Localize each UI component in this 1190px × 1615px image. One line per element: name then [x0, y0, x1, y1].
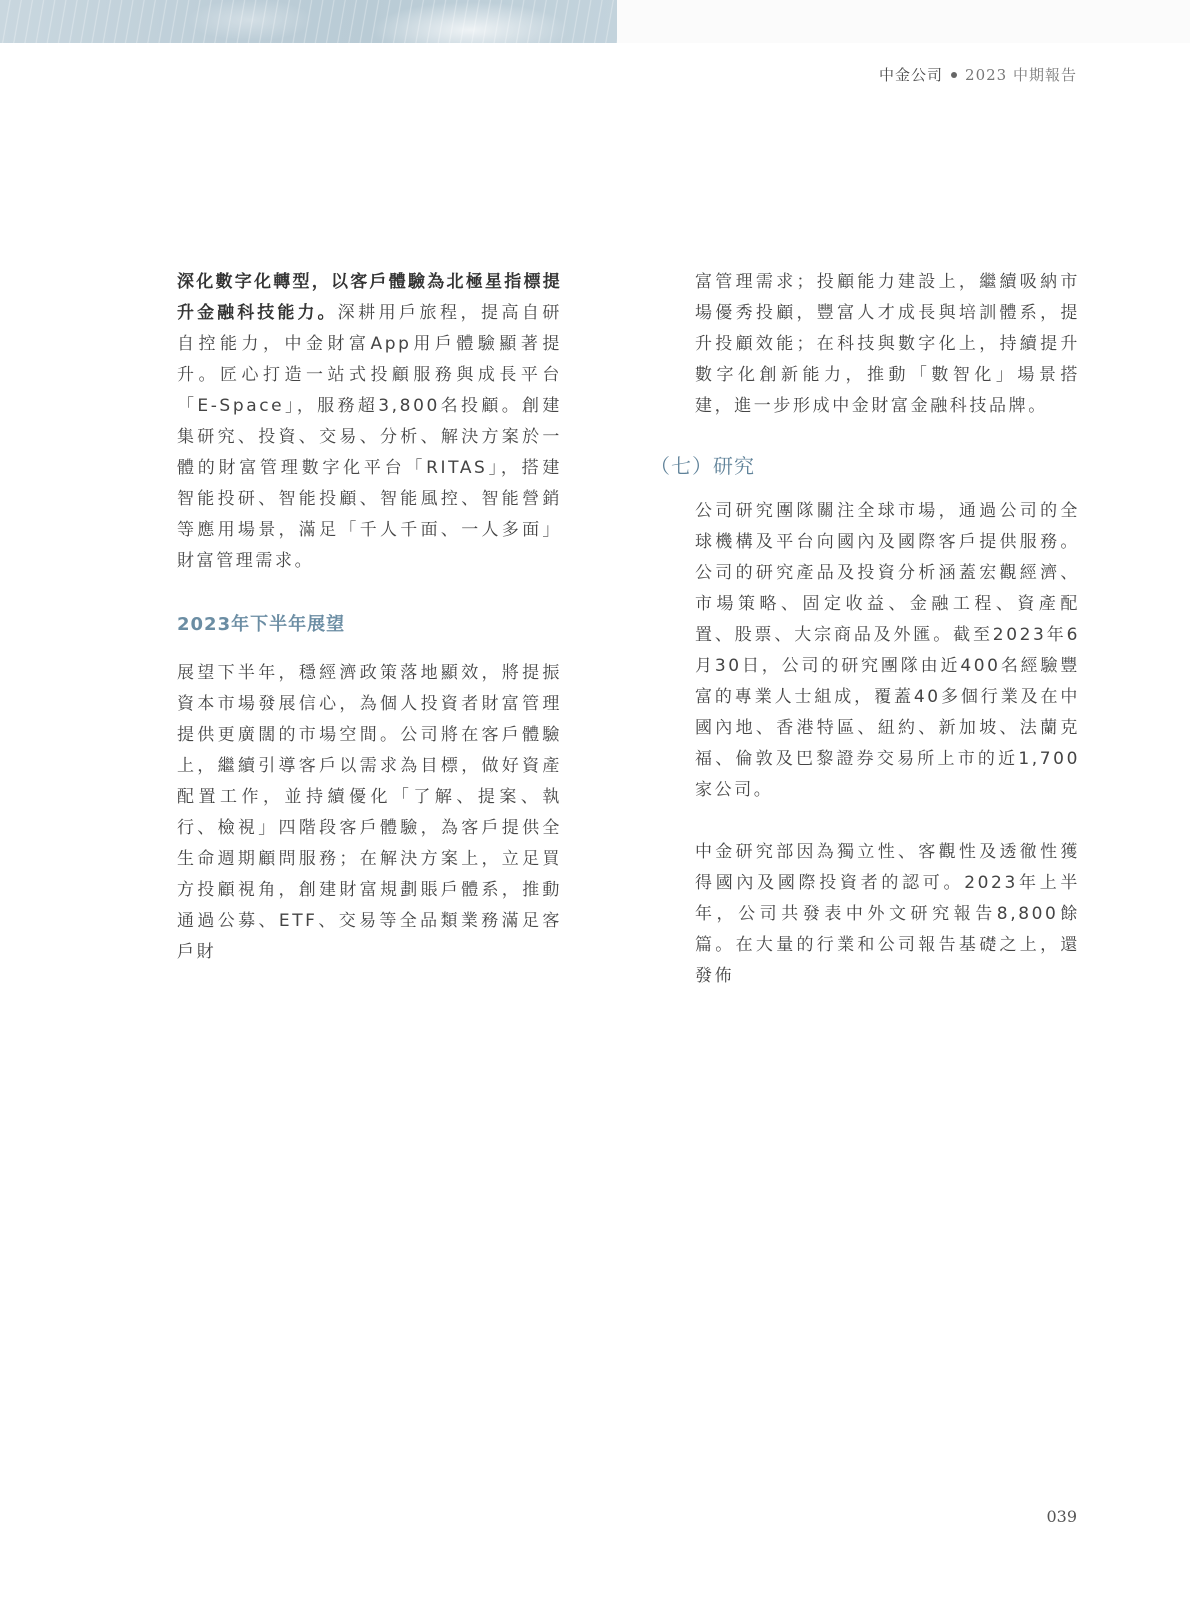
company-name: 中金公司 [879, 66, 943, 84]
left-column: 深化數字化轉型，以客戶體驗為北極星指標提升金融科技能力。深耕用戶旅程，提高自研自… [177, 267, 562, 968]
paragraph-outlook: 展望下半年，穩經濟政策落地顯效，將提振資本市場發展信心，為個人投資者財富管理提供… [177, 658, 562, 968]
report-title: 2023 中期報告 [965, 66, 1077, 84]
page-number: 039 [1046, 1507, 1077, 1526]
paragraph-research-team: 公司研究團隊關注全球市場，通過公司的全球機構及平台向國內及國際客戶提供服務。公司… [650, 496, 1080, 806]
decorative-header-banner [0, 0, 617, 43]
bullet-separator-icon [951, 72, 957, 78]
header-band [617, 0, 1190, 43]
right-column: 富管理需求；投顧能力建設上，繼續吸納市場優秀投顧，豐富人才成長與培訓體系，提升投… [650, 267, 1080, 992]
paragraph-body: 深耕用戶旅程，提高自研自控能力，中金財富App用戶體驗顯著提升。匠心打造一站式投… [177, 303, 562, 571]
subheading-outlook: 2023年下半年展望 [177, 610, 562, 640]
section-heading-research: （七）研究 [650, 450, 1080, 482]
paragraph-research-recognition: 中金研究部因為獨立性、客觀性及透徹性獲得國內及國際投資者的認可。2023年上半年… [650, 837, 1080, 992]
running-header: 中金公司2023 中期報告 [879, 64, 1077, 85]
paragraph-gap [650, 806, 1080, 837]
paragraph-continuation: 富管理需求；投顧能力建設上，繼續吸納市場優秀投顧，豐富人才成長與培訓體系，提升投… [650, 267, 1080, 422]
paragraph-digital-transformation: 深化數字化轉型，以客戶體驗為北極星指標提升金融科技能力。深耕用戶旅程，提高自研自… [177, 267, 562, 577]
